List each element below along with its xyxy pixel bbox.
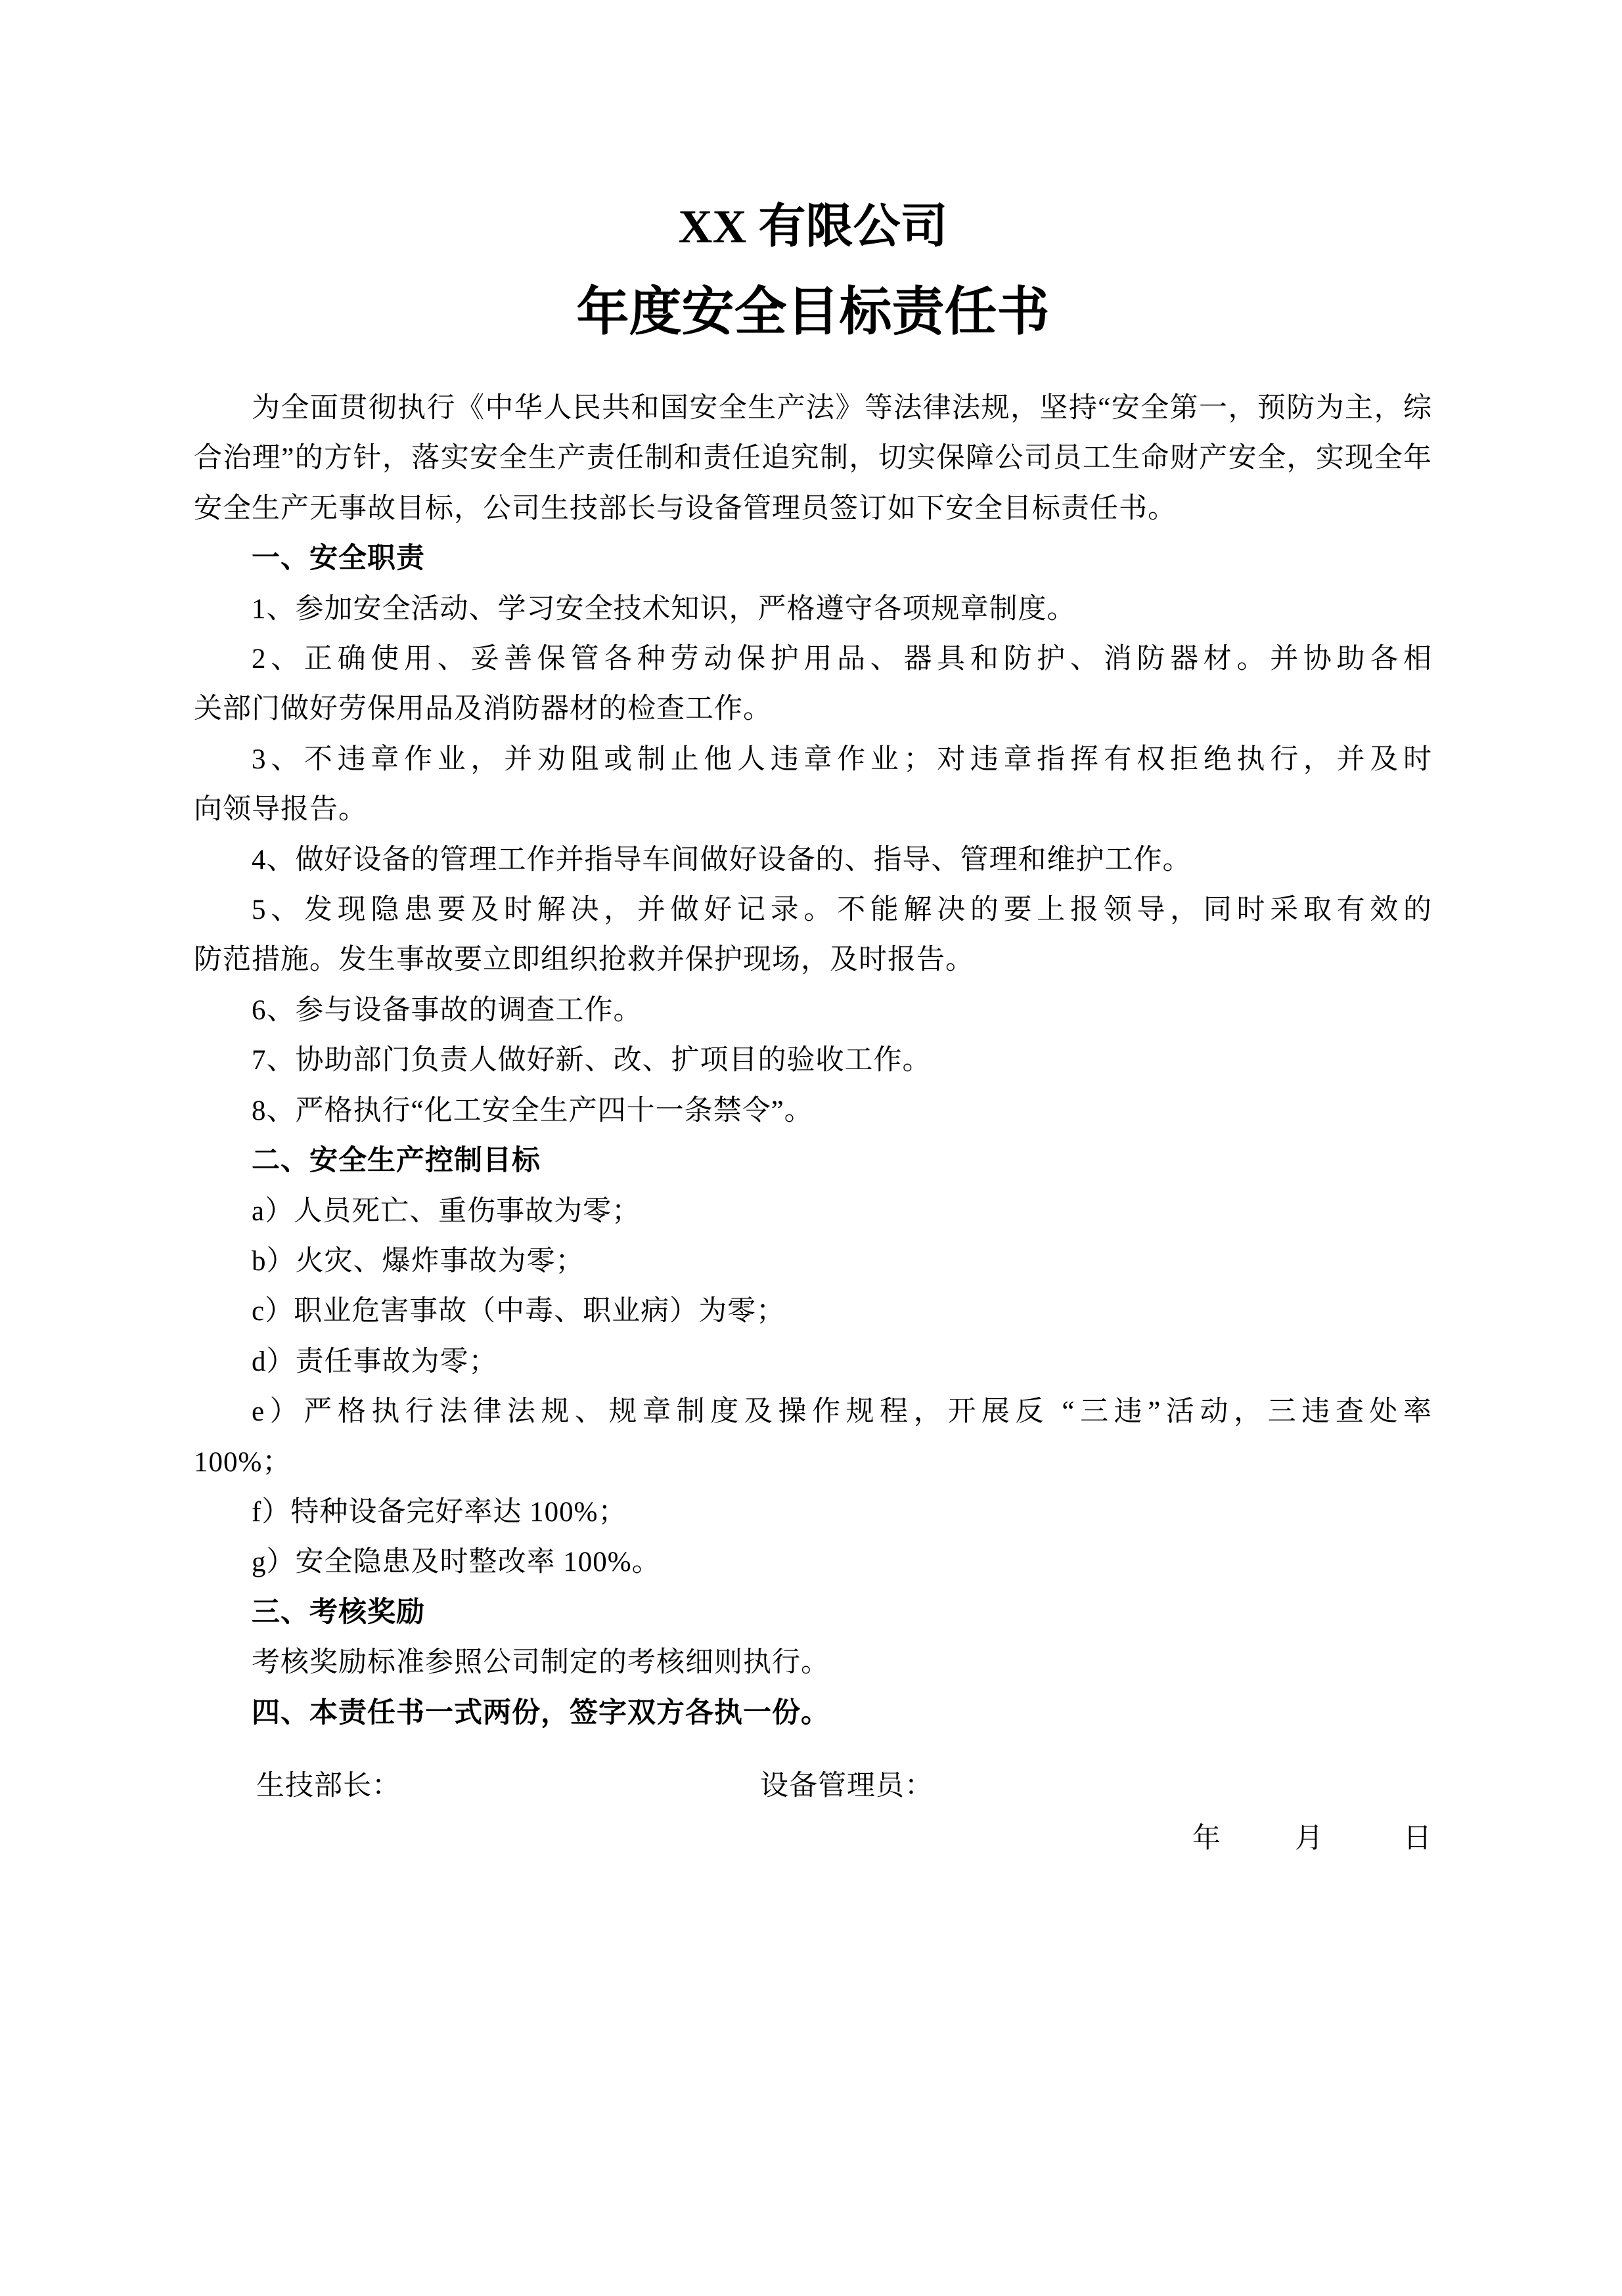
signature-row: 生技部长：设备管理员：: [194, 1761, 1432, 1811]
document-line: 合治理”的方针，落实安全生产责任制和责任追究制，切实保障公司员工生命财产安全，实…: [194, 433, 1432, 483]
document-line: f）特种设备完好率达 100%；: [194, 1488, 1432, 1537]
signature-label-equipment-manager: 设备管理员：: [760, 1761, 934, 1811]
document-line: 4、做好设备的管理工作并指导车间做好设备的、指导、管理和维护工作。: [194, 835, 1432, 885]
document-line: d）责任事故为零；: [194, 1337, 1432, 1387]
document-line: 2、正确使用、妥善保管各种劳动保护用品、器具和防护、消防器材。并协助各相: [194, 634, 1432, 684]
document-subtitle: 年度安全目标责任书: [194, 283, 1432, 342]
document-line: 为全面贯彻执行《中华人民共和国安全生产法》等法律法规，坚持“安全第一，预防为主，…: [194, 384, 1432, 433]
document-line: 3、不违章作业，并劝阻或制止他人违章作业；对违章指挥有权拒绝执行，并及时: [194, 735, 1432, 785]
document-line: 防范措施。发生事故要立即组织抢救并保护现场，及时报告。: [194, 935, 1432, 985]
document-line: g）安全隐患及时整改率 100%。: [194, 1537, 1432, 1587]
document-line: 考核奖励标准参照公司制定的考核细则执行。: [194, 1638, 1432, 1688]
document-line: 6、参与设备事故的调查工作。: [194, 986, 1432, 1036]
document-line: 100%；: [194, 1438, 1432, 1488]
document-line: 三、考核奖励: [194, 1588, 1432, 1638]
document-line: 二、安全生产控制目标: [194, 1136, 1432, 1186]
date-month-label: 月: [1295, 1814, 1324, 1864]
document-page: XX 有限公司 年度安全目标责任书 为全面贯彻执行《中华人民共和国安全生产法》等…: [0, 0, 1622, 2296]
date-row: 年月日: [194, 1814, 1432, 1864]
document-line: 关部门做好劳保用品及消防器材的检查工作。: [194, 684, 1432, 734]
document-line: 一、安全职责: [194, 534, 1432, 584]
document-line: 8、严格执行“化工安全生产四十一条禁令”。: [194, 1086, 1432, 1136]
document-line: e）严格执行法律法规、规章制度及操作规程，开展反 “三违”活动，三违查处率: [194, 1387, 1432, 1437]
document-line: 安全生产无事故目标，公司生技部长与设备管理员签订如下安全目标责任书。: [194, 484, 1432, 534]
document-line: a）人员死亡、重伤事故为零；: [194, 1187, 1432, 1237]
company-title: XX 有限公司: [194, 197, 1432, 256]
document-line: b）火灾、爆炸事故为零；: [194, 1237, 1432, 1287]
date-year-label: 年: [1192, 1823, 1221, 1854]
document-line: 向领导报告。: [194, 785, 1432, 835]
document-body: 为全面贯彻执行《中华人民共和国安全生产法》等法律法规，坚持“安全第一，预防为主，…: [194, 384, 1432, 1738]
document-line: 1、参加安全活动、学习安全技术知识，严格遵守各项规章制度。: [194, 585, 1432, 634]
document-line: c）职业危害事故（中毒、职业病）为零；: [194, 1287, 1432, 1336]
document-line: 四、本责任书一式两份，签字双方各执一份。: [194, 1689, 1432, 1738]
signature-label-production-tech-chief: 生技部长：: [256, 1761, 401, 1811]
document-line: 5、发现隐患要及时解决，并做好记录。不能解决的要上报领导，同时采取有效的: [194, 885, 1432, 935]
document-line: 7、协助部门负责人做好新、改、扩项目的验收工作。: [194, 1036, 1432, 1086]
date-day-label: 日: [1403, 1814, 1432, 1864]
